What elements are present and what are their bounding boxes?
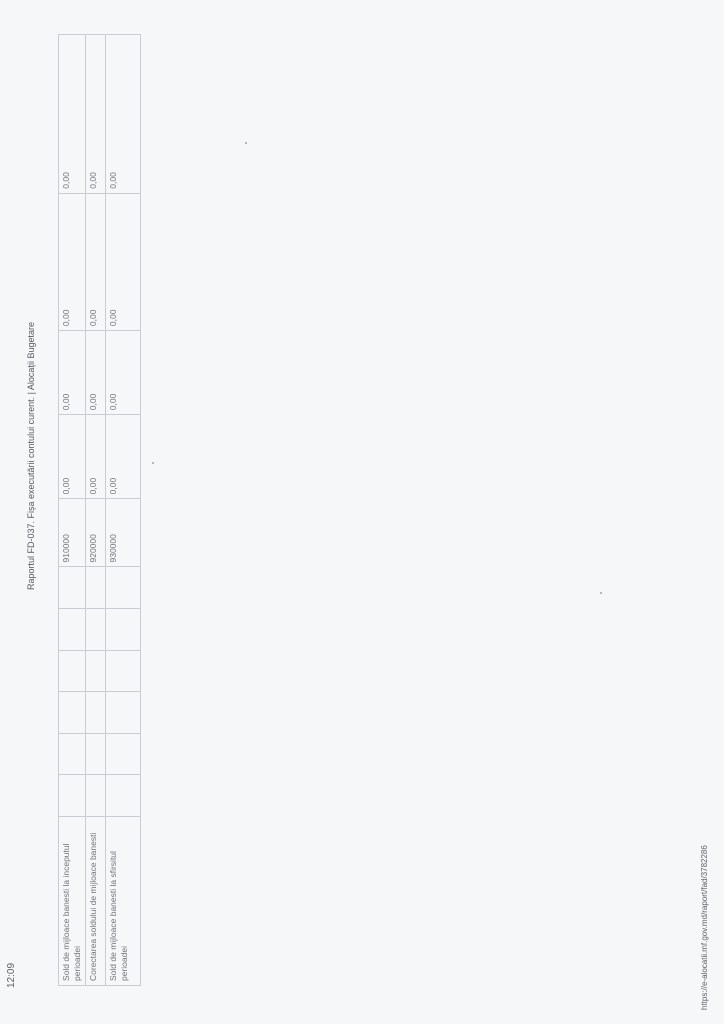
cell-value: 0,00 (106, 35, 141, 194)
scan-speck (152, 462, 154, 464)
row-code: 930000 (106, 499, 141, 567)
report-title: Raportul FD-037. Fișa executării contulu… (26, 322, 36, 590)
cell-value: 0,00 (86, 35, 106, 194)
cell-value: 0,00 (106, 193, 141, 330)
row-label: Sold de mijloace banesti la sfirsitul pe… (106, 816, 141, 985)
cell-value: 0,00 (59, 193, 86, 330)
scan-speck (600, 592, 602, 594)
row-code: 910000 (59, 499, 86, 567)
scan-speck (245, 142, 247, 144)
row-label: Sold de mijloace banesti la inceputul pe… (59, 816, 86, 985)
scanned-page: 12:09 Raportul FD-037. Fișa executării c… (0, 0, 724, 1024)
cell-value: 0,00 (59, 331, 86, 415)
cell-value: 0,00 (106, 331, 141, 415)
cell-value: 0,00 (86, 193, 106, 330)
cell-value: 0,00 (106, 415, 141, 499)
table-row: Sold de mijloace banesti la sfirsitul pe… (106, 35, 141, 986)
print-time: 12:09 (6, 963, 17, 988)
cell-value: 0,00 (59, 415, 86, 499)
balance-table: Sold de mijloace banesti la inceputul pe… (58, 34, 141, 986)
cell-value: 0,00 (86, 415, 106, 499)
cell-value: 0,00 (59, 35, 86, 194)
table-row: Sold de mijloace banesti la inceputul pe… (59, 35, 86, 986)
row-label: Corectarea soldului de mijloace banesti (86, 816, 106, 985)
cell-value: 0,00 (86, 331, 106, 415)
row-code: 920000 (86, 499, 106, 567)
table-row: Corectarea soldului de mijloace banesti … (86, 35, 106, 986)
footer-url: https://e-alocatii.mf.gov.md/raport/fad/… (700, 845, 709, 1010)
